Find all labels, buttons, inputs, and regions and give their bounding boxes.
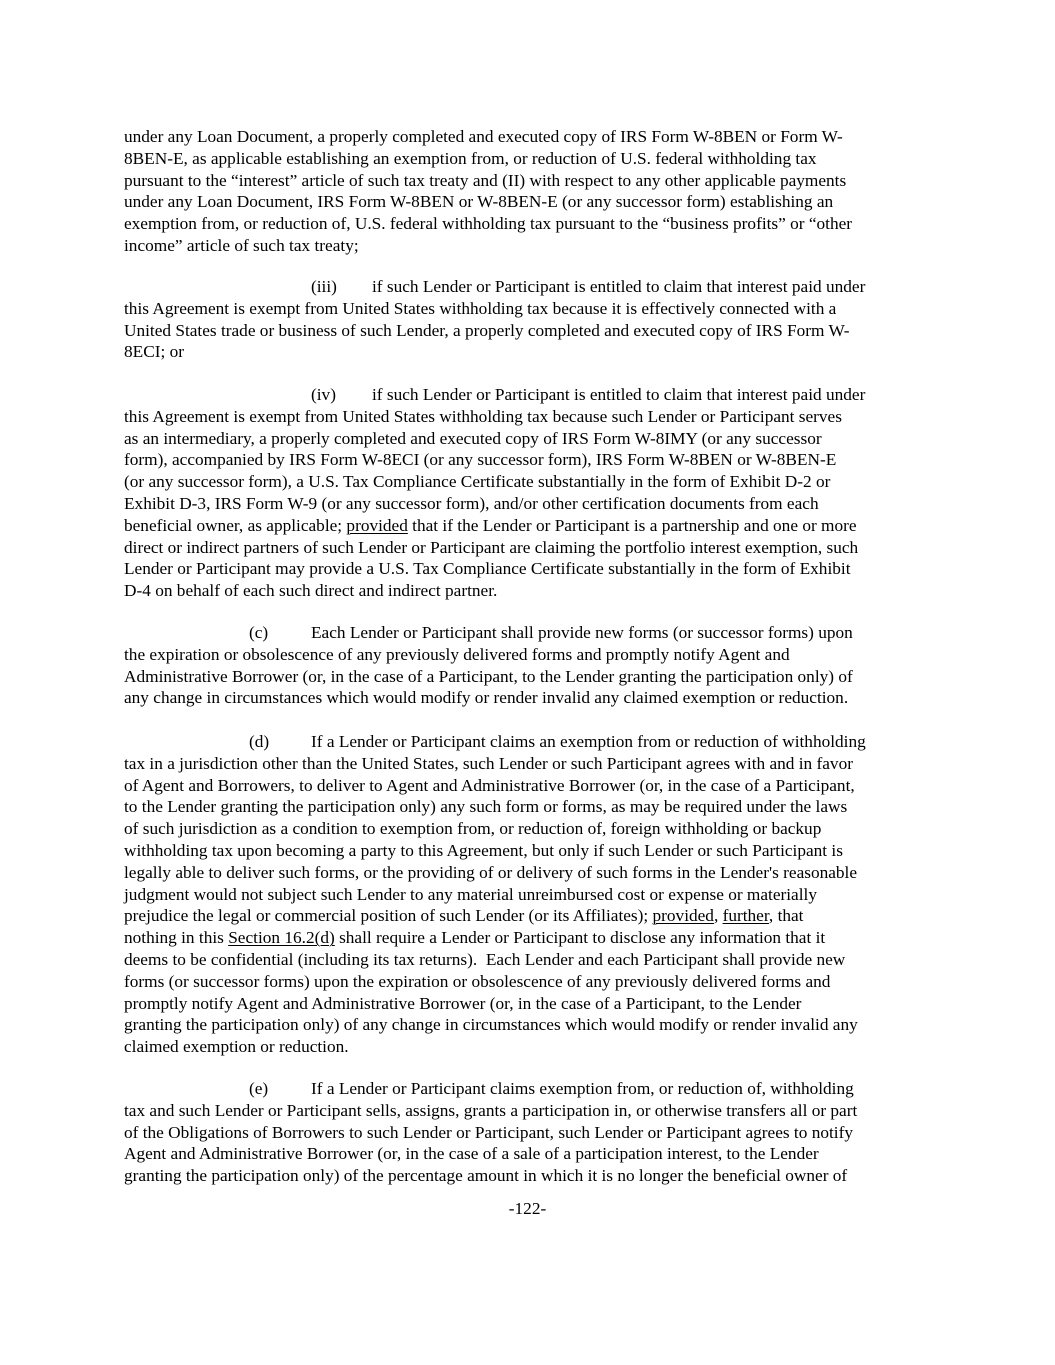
- text-line: form), accompanied by IRS Form W-8ECI (o…: [124, 449, 944, 471]
- paragraph-iv: (iv)if such Lender or Participant is ent…: [124, 384, 944, 602]
- text-line: Administrative Borrower (or, in the case…: [124, 666, 944, 688]
- text-line: the expiration or obsolescence of any pr…: [124, 644, 944, 666]
- text-line: United States trade or business of such …: [124, 320, 944, 342]
- text-line: Agent and Administrative Borrower (or, i…: [124, 1143, 944, 1165]
- paragraph-marker: (iv): [311, 384, 372, 406]
- text-line: pursuant to the “interest” article of su…: [124, 170, 944, 192]
- paragraph-marker: (c): [249, 622, 311, 644]
- text-line: to the Lender granting the participation…: [124, 796, 944, 818]
- text-span: beneficial owner, as applicable;: [124, 516, 346, 535]
- paragraph-first-line: (iii)if such Lender or Participant is en…: [124, 276, 944, 298]
- paragraph-e: (e)If a Lender or Participant claims exe…: [124, 1078, 944, 1187]
- text-line: this Agreement is exempt from United Sta…: [124, 298, 944, 320]
- text-line: deems to be confidential (including its …: [124, 949, 944, 971]
- paragraph-first-line: (c)Each Lender or Participant shall prov…: [124, 622, 944, 644]
- text-line: any change in circumstances which would …: [124, 687, 944, 709]
- paragraph-d: (d)If a Lender or Participant claims an …: [124, 731, 944, 1058]
- paragraph-continuation: under any Loan Document, a properly comp…: [124, 126, 944, 257]
- text-line: this Agreement is exempt from United Sta…: [124, 406, 944, 428]
- text-line: legally able to deliver such forms, or t…: [124, 862, 944, 884]
- text-line: Lender or Participant may provide a U.S.…: [124, 558, 944, 580]
- text-line: if such Lender or Participant is entitle…: [372, 385, 865, 404]
- text-line: prejudice the legal or commercial positi…: [124, 905, 944, 927]
- text-line: under any Loan Document, a properly comp…: [124, 126, 944, 148]
- text-line: Each Lender or Participant shall provide…: [311, 623, 853, 642]
- text-line: beneficial owner, as applicable; provide…: [124, 515, 944, 537]
- text-line: nothing in this Section 16.2(d) shall re…: [124, 927, 944, 949]
- defined-term-provided: provided: [346, 516, 407, 535]
- text-line: tax in a jurisdiction other than the Uni…: [124, 753, 944, 775]
- text-line: as an intermediary, a properly completed…: [124, 428, 944, 450]
- text-span: shall require a Lender or Participant to…: [335, 928, 825, 947]
- section-reference: Section 16.2(d): [228, 928, 335, 947]
- defined-term-provided: provided: [653, 906, 714, 925]
- text-line: forms (or successor forms) upon the expi…: [124, 971, 944, 993]
- text-line: 8BEN-E, as applicable establishing an ex…: [124, 148, 944, 170]
- paragraph-first-line: (iv)if such Lender or Participant is ent…: [124, 384, 944, 406]
- defined-term-further: further: [723, 906, 769, 925]
- text-line: of Agent and Borrowers, to deliver to Ag…: [124, 775, 944, 797]
- text-line: under any Loan Document, IRS Form W-8BEN…: [124, 191, 944, 213]
- paragraph-marker: (e): [249, 1078, 311, 1100]
- text-line: promptly notify Agent and Administrative…: [124, 993, 944, 1015]
- paragraph-first-line: (e)If a Lender or Participant claims exe…: [124, 1078, 944, 1100]
- text-line: if such Lender or Participant is entitle…: [372, 277, 865, 296]
- text-line: claimed exemption or reduction.: [124, 1036, 944, 1058]
- paragraph-iii: (iii)if such Lender or Participant is en…: [124, 276, 944, 363]
- text-line: D-4 on behalf of each such direct and in…: [124, 580, 944, 602]
- text-line: granting the participation only) of the …: [124, 1165, 944, 1187]
- paragraph-marker: (iii): [311, 276, 372, 298]
- text-span: that if the Lender or Participant is a p…: [408, 516, 857, 535]
- text-line: granting the participation only) of any …: [124, 1014, 944, 1036]
- page-number: -122-: [0, 1198, 1055, 1220]
- text-line: 8ECI; or: [124, 341, 944, 363]
- text-span: , that: [769, 906, 804, 925]
- text-span: prejudice the legal or commercial positi…: [124, 906, 653, 925]
- text-span: nothing in this: [124, 928, 228, 947]
- document-page: under any Loan Document, a properly comp…: [0, 0, 1055, 1365]
- text-line: of the Obligations of Borrowers to such …: [124, 1122, 944, 1144]
- text-line: If a Lender or Participant claims exempt…: [311, 1079, 854, 1098]
- text-line: tax and such Lender or Participant sells…: [124, 1100, 944, 1122]
- text-span: ,: [714, 906, 723, 925]
- text-line: judgment would not subject such Lender t…: [124, 884, 944, 906]
- text-line: (or any successor form), a U.S. Tax Comp…: [124, 471, 944, 493]
- paragraph-marker: (d): [249, 731, 311, 753]
- paragraph-c: (c)Each Lender or Participant shall prov…: [124, 622, 944, 709]
- text-line: Exhibit D-3, IRS Form W-9 (or any succes…: [124, 493, 944, 515]
- text-line: If a Lender or Participant claims an exe…: [311, 732, 866, 751]
- text-line: income” article of such tax treaty;: [124, 235, 944, 257]
- paragraph-first-line: (d)If a Lender or Participant claims an …: [124, 731, 944, 753]
- text-line: withholding tax upon becoming a party to…: [124, 840, 944, 862]
- text-line: exemption from, or reduction of, U.S. fe…: [124, 213, 944, 235]
- text-line: of such jurisdiction as a condition to e…: [124, 818, 944, 840]
- text-line: direct or indirect partners of such Lend…: [124, 537, 944, 559]
